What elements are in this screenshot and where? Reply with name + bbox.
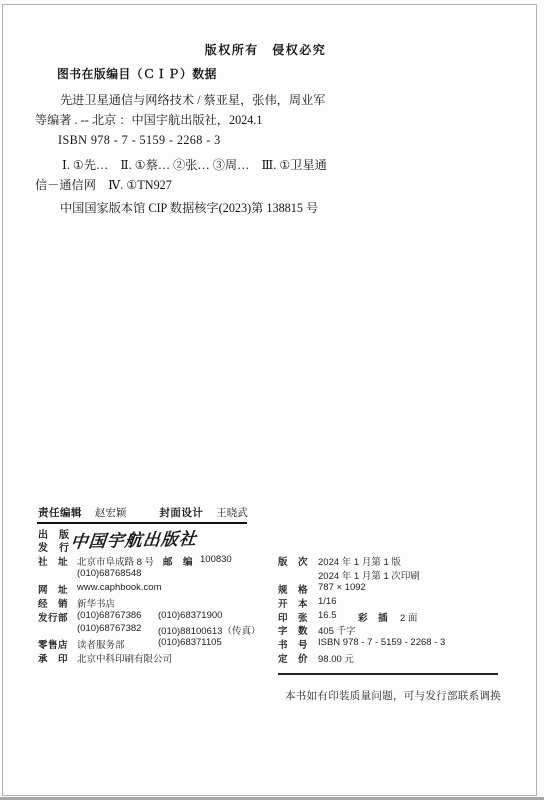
copyright-notice: 版权所有 侵权必究	[0, 41, 531, 58]
info-row-size: 规 格 787 × 1092	[278, 582, 508, 596]
info-value: 100830	[200, 554, 232, 565]
info-row-printing: 2024 年 1 月第 1 次印刷	[278, 568, 508, 582]
info-row-sales-dept: 发行部 (010)68767386 (010)68371900	[38, 610, 273, 624]
info-value: (010)88100613（传真）	[158, 623, 260, 637]
info-row-wordcount: 字 数 405 千字	[278, 623, 508, 637]
info-row-sheets: 印 张 16.5 彩 插 2 面	[278, 610, 508, 624]
info-value: (010)68371900	[158, 610, 222, 621]
editor-label: 责任编辑	[38, 507, 82, 519]
info-label: 版 次	[278, 554, 308, 568]
info-label: 社 址	[38, 554, 68, 568]
info-row-website: 网 址 www.caphbook.com	[38, 582, 273, 596]
publisher-role-line1: 出 版	[38, 529, 70, 542]
info-label: 邮 编	[163, 554, 193, 568]
info-label: 零售店	[38, 637, 68, 651]
cip-record-line: 中国国家版本馆 CIP 数据核字(2023)第 138815 号	[35, 198, 365, 218]
cip-isbn-line: ISBN 978 - 7 - 5159 - 2268 - 3	[35, 130, 365, 150]
info-value: 新华书店	[77, 596, 115, 610]
cip-class-line2: 信－通信网 Ⅳ. ①TN927	[35, 175, 365, 195]
cip-title-line2: 等编著 . -- 北京 ：中国宇航出版社，2024.1	[35, 110, 365, 130]
publishing-info-right: 版 次 2024 年 1 月第 1 版 2024 年 1 月第 1 次印刷 规 …	[278, 554, 508, 665]
info-value: 787 × 1092	[318, 582, 366, 593]
info-row-format: 开 本 1/16	[278, 596, 508, 610]
info-value: (010)68371105	[158, 637, 222, 648]
info-label: 网 址	[38, 582, 68, 596]
info-value: 北京市阜成路 8 号	[77, 554, 154, 568]
info-value: (010)68767382	[77, 623, 141, 634]
info-label: 发行部	[38, 610, 68, 624]
cip-block: 图书在版编目（ＣＩＰ）数据 先进卫星通信与网络技术 / 蔡亚星，张伟，周业军 等…	[35, 64, 365, 218]
info-value: 2024 年 1 月第 1 次印刷	[318, 568, 420, 582]
info-value: 16.5	[318, 610, 337, 621]
copyright-page: 版权所有 侵权必究 图书在版编目（ＣＩＰ）数据 先进卫星通信与网络技术 / 蔡亚…	[0, 0, 544, 800]
info-label: 印 张	[278, 610, 308, 624]
info-value: 98.00 元	[318, 651, 354, 665]
info-label: 规 格	[278, 582, 308, 596]
info-label: 承 印	[38, 651, 68, 665]
info-value: 2024 年 1 月第 1 版	[318, 554, 401, 568]
info-row-distribution: 经 销 新华书店	[38, 596, 273, 610]
info-value: (010)68768548	[77, 568, 141, 579]
divider-line	[278, 673, 498, 675]
info-value: 读者服务部	[77, 637, 125, 651]
info-value: (010)68767386	[77, 610, 141, 621]
info-value: 2 面	[400, 610, 417, 624]
info-label: 定 价	[278, 651, 308, 665]
info-value: 405 千字	[318, 623, 356, 637]
cip-class-line1: Ⅰ. ①先… Ⅱ. ①蔡… ②张… ③周… Ⅲ. ①卫星通	[35, 155, 365, 175]
divider-line	[37, 522, 247, 524]
info-value: 1/16	[318, 596, 337, 607]
publishing-info-left: 社 址 北京市阜成路 8 号 邮 编 100830 (010)68768548 …	[38, 554, 273, 665]
quality-notice: 本书如有印装质量问题，可与发行部联系调换	[285, 688, 501, 703]
credits-row: 责任编辑 赵宏颖 封面设计 王晓武	[38, 505, 248, 520]
info-value: 北京中科印刷有限公司	[77, 651, 172, 665]
info-row-price: 定 价 98.00 元	[278, 651, 508, 665]
info-row-sales-phones: (010)68767382 (010)88100613（传真）	[38, 623, 273, 637]
info-row-address: 社 址 北京市阜成路 8 号 邮 编 100830	[38, 554, 273, 568]
cip-heading: 图书在版编目（ＣＩＰ）数据	[35, 64, 365, 84]
info-value: ISBN 978 - 7 - 5159 - 2268 - 3	[318, 637, 445, 648]
cover-designer-label: 封面设计	[159, 507, 203, 519]
cip-title-line: 先进卫星通信与网络技术 / 蔡亚星，张伟，周业军	[35, 90, 365, 110]
info-label: 书 号	[278, 637, 308, 651]
info-row-isbn: 书 号 ISBN 978 - 7 - 5159 - 2268 - 3	[278, 637, 508, 651]
info-label: 字 数	[278, 623, 308, 637]
info-row-retail: 零售店 读者服务部 (010)68371105	[38, 637, 273, 651]
info-row-phone: (010)68768548	[38, 568, 273, 582]
info-label: 彩 插	[358, 610, 388, 624]
publisher-block: 出 版 发 行 中国宇航出版社	[38, 529, 70, 555]
editor-name: 赵宏颖	[95, 507, 127, 519]
publisher-logo: 中国宇航出版社	[70, 524, 199, 552]
info-value: www.caphbook.com	[77, 582, 161, 593]
cover-designer-name: 王晓武	[216, 507, 248, 519]
info-label: 经 销	[38, 596, 68, 610]
info-label: 开 本	[278, 596, 308, 610]
info-row-edition: 版 次 2024 年 1 月第 1 版	[278, 554, 508, 568]
info-row-printer: 承 印 北京中科印刷有限公司	[38, 651, 273, 665]
